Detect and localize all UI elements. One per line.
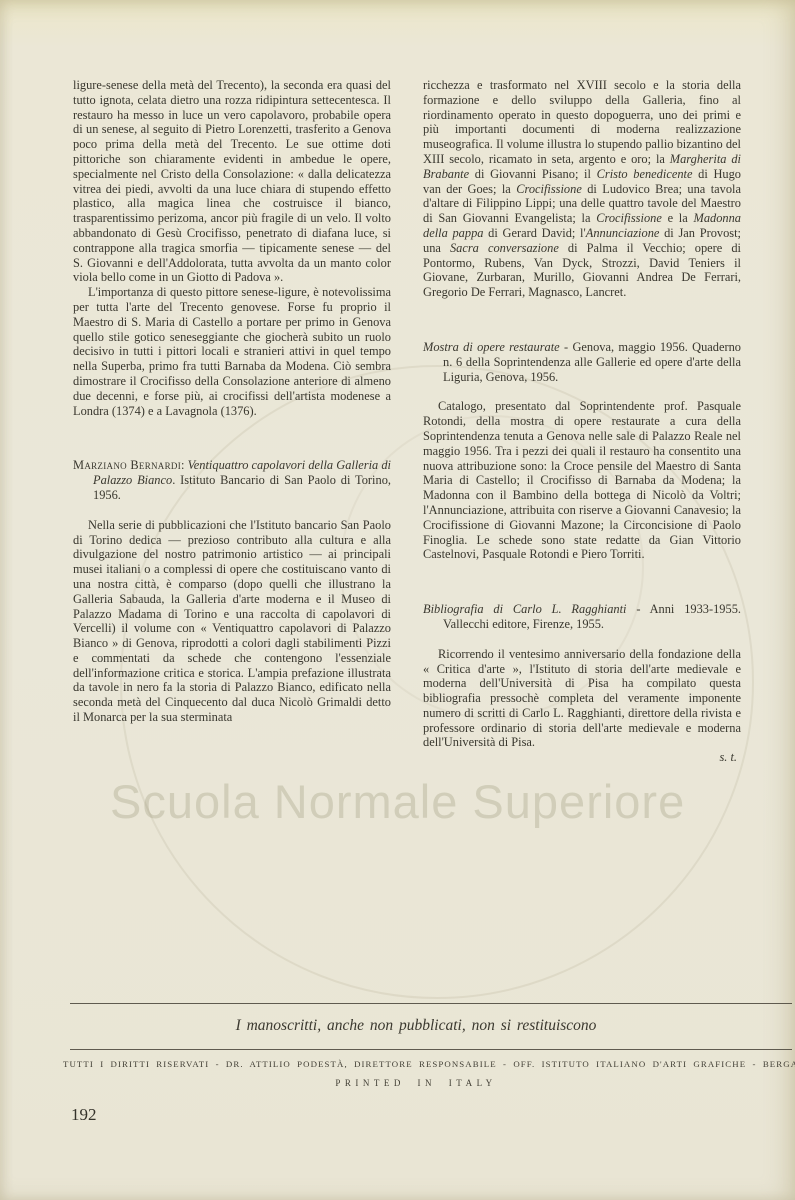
paragraph-continuation: ricchezza e trasformato nel XVIII secolo… — [423, 78, 741, 300]
paragraph: Nella serie di pubblicazioni che l'Istit… — [73, 518, 391, 725]
bibliography-entry: Bibliografia di Carlo L. Ragghianti - An… — [423, 602, 741, 632]
printed-in-italy: PRINTED IN ITALY — [63, 1078, 769, 1088]
page-number: 192 — [71, 1105, 97, 1125]
paragraph: Catalogo, presentato dal Soprintendente … — [423, 399, 741, 562]
paragraph: Ricorrendo il ventesimo anniversario del… — [423, 647, 741, 751]
right-column: ricchezza e trasformato nel XVIII secolo… — [423, 78, 741, 765]
colophon-line: TUTTI I DIRITTI RISERVATI - DR. ATTILIO … — [63, 1059, 769, 1069]
author-initials: s. t. — [423, 750, 741, 765]
left-column: ligure-senese della metà del Trecento), … — [73, 78, 391, 765]
divider-rule-top — [70, 1003, 792, 1004]
paragraph-continuation: ligure-senese della metà del Trecento), … — [73, 78, 391, 285]
library-watermark: Scuola Normale Superiore — [110, 774, 685, 829]
bibliography-entry: Mostra di opere restaurate - Genova, mag… — [423, 340, 741, 384]
scanned-page: Scuola Normale Superiore ligure-senese d… — [0, 0, 795, 1200]
divider-rule-bottom — [70, 1049, 792, 1050]
bibliography-entry: Marziano Bernardi: Ventiquattro capolavo… — [73, 458, 391, 502]
text-columns: ligure-senese della metà del Trecento), … — [73, 78, 741, 765]
paragraph: L'importanza di questo pittore senese-li… — [73, 285, 391, 418]
manuscripts-notice: I manoscritti, anche non pubblicati, non… — [63, 1017, 769, 1035]
